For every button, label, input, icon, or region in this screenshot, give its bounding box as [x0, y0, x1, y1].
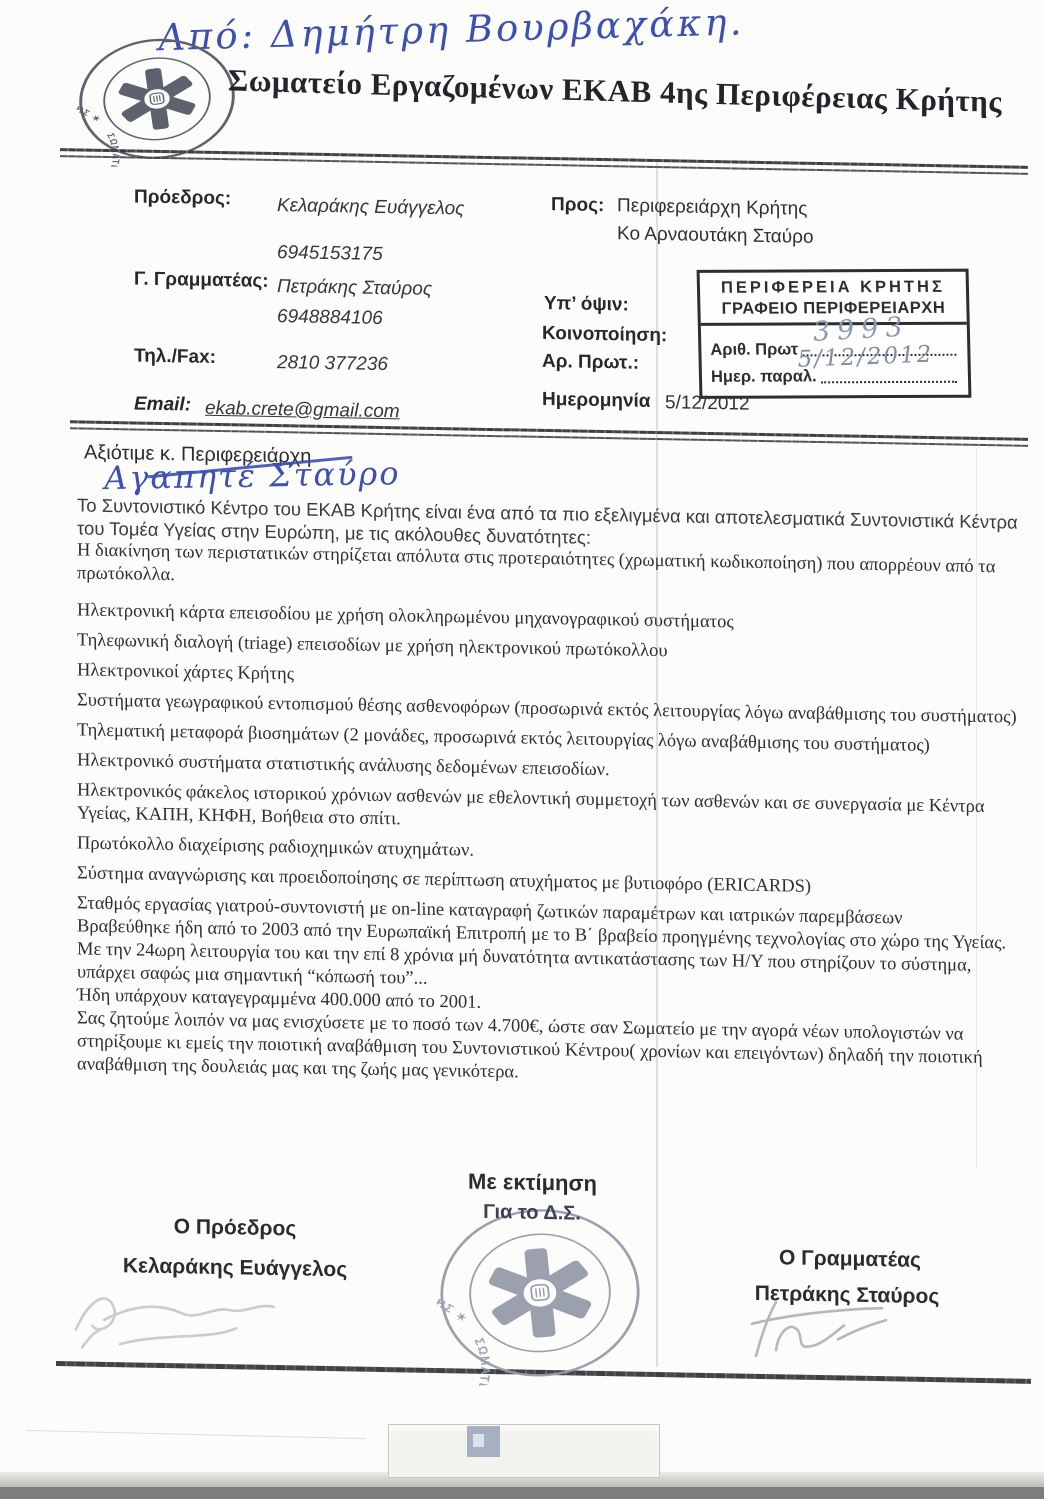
double-rule-middle — [70, 420, 1028, 447]
fold-line-vertical — [976, 448, 977, 1168]
president-label: Πρόεδρος: — [134, 186, 231, 210]
fold-line-vertical — [656, 162, 658, 1367]
to-line1: Περιφερειάρχη Κρήτης — [617, 195, 807, 220]
handwritten-received-date: 5/12/2012 — [797, 341, 934, 372]
background-sheet — [388, 1424, 660, 1478]
body-paragraph: Ηλεκτρονικός φάκελος ιστορικού χρόνιων α… — [77, 779, 1025, 842]
registry-protocol-label: Αριθ. Πρωτ — [710, 340, 798, 359]
handwritten-salutation: Αγαπητέ Σταύρο — [103, 454, 401, 497]
letter-body: Το Συντονιστικό Κέντρο του ΕΚΑΒ Κρήτης ε… — [77, 493, 1025, 1093]
president-signature — [62, 1263, 292, 1362]
svg-text:ΣΩΜΑΤΕΙΟ ΕΡΓΑΖΟΜΕΝΩΝ ΣΤΟ Ε.Κ.Α: ΣΩΜΑΤΕΙΟ ΕΡΓΑΖΟΜΕΝΩΝ ΣΤΟ Ε.Κ.Α.Β. 4ης ΠΕ… — [68, 91, 129, 170]
secretary-closing-title: Ο Γραμματέας — [745, 1246, 955, 1274]
to-label: Προς: — [551, 194, 604, 217]
scanner-strip — [0, 1487, 1044, 1499]
secretary-name: Πετράκης Σταύρος — [277, 276, 432, 301]
paper-clip-tab — [467, 1426, 500, 1457]
email-value: ekab.crete@gmail.com — [205, 398, 400, 424]
scanned-letter-page: Από: Δημήτρη Βουρβαχάκη. ΣΩΜΑΤΕΙΟ ΕΡΓΑΖΟ… — [0, 0, 1044, 1499]
email-label: Email: — [134, 393, 191, 416]
letter-content: Από: Δημήτρη Βουρβαχάκη. ΣΩΜΑΤΕΙΟ ΕΡΓΑΖΟ… — [0, 0, 1044, 1489]
secretary-phone: 6948884106 — [277, 306, 383, 330]
dotted-leader — [821, 380, 957, 384]
president-closing-title: Ο Πρόεδρος — [120, 1214, 350, 1242]
star-of-life-icon — [115, 64, 200, 134]
closing-regards: Με εκτίμηση — [425, 1168, 640, 1198]
phone-fax-label: Τηλ./Fax: — [134, 345, 216, 369]
org-title: Σωματείο Εργαζομένων ΕΚΑΒ 4ης Περιφέρεια… — [228, 62, 1028, 120]
president-name: Κελαράκης Ευάγγελος — [277, 195, 464, 220]
secretary-signature — [742, 1294, 892, 1369]
to-line2: Κο Αρναουτάκη Σταύρο — [617, 223, 814, 249]
cc-label: Κοινοποίηση: — [542, 323, 667, 347]
phone-fax-value: 2810 377236 — [277, 352, 388, 376]
attn-label: Υπ’ όψιν: — [544, 293, 629, 317]
secretary-label: Γ. Γραμματέας: — [134, 268, 269, 292]
double-rule-top — [60, 148, 1028, 175]
closing-for-board: Για το Δ.Σ. — [432, 1200, 632, 1227]
logo-ring-text: ΣΩΜΑΤΕΙΟ ΕΡΓΑΖΟΜΕΝΩΝ ΣΤΟ Ε.Κ.Α.Β. 4ης ΠΕ… — [68, 91, 129, 170]
registry-stamp-line1: ΠΕΡΙΦΕΡΕΙΑ ΚΡΗΤΗΣ — [704, 277, 962, 299]
protocol-label: Αρ. Πρωτ.: — [542, 351, 639, 375]
date-label: Ημερομηνία — [542, 389, 650, 413]
president-phone: 6945153175 — [277, 242, 383, 266]
handwritten-routing-note: Από: Δημήτρη Βουρβαχάκη. — [157, 0, 745, 59]
star-of-life-icon — [484, 1244, 596, 1341]
registry-stamp-box: ΠΕΡΙΦΕΡΕΙΑ ΚΡΗΤΗΣ ΓΡΑΦΕΙΟ ΠΕΡΙΦΕΡΕΙΑΡΧΗ … — [697, 269, 972, 399]
